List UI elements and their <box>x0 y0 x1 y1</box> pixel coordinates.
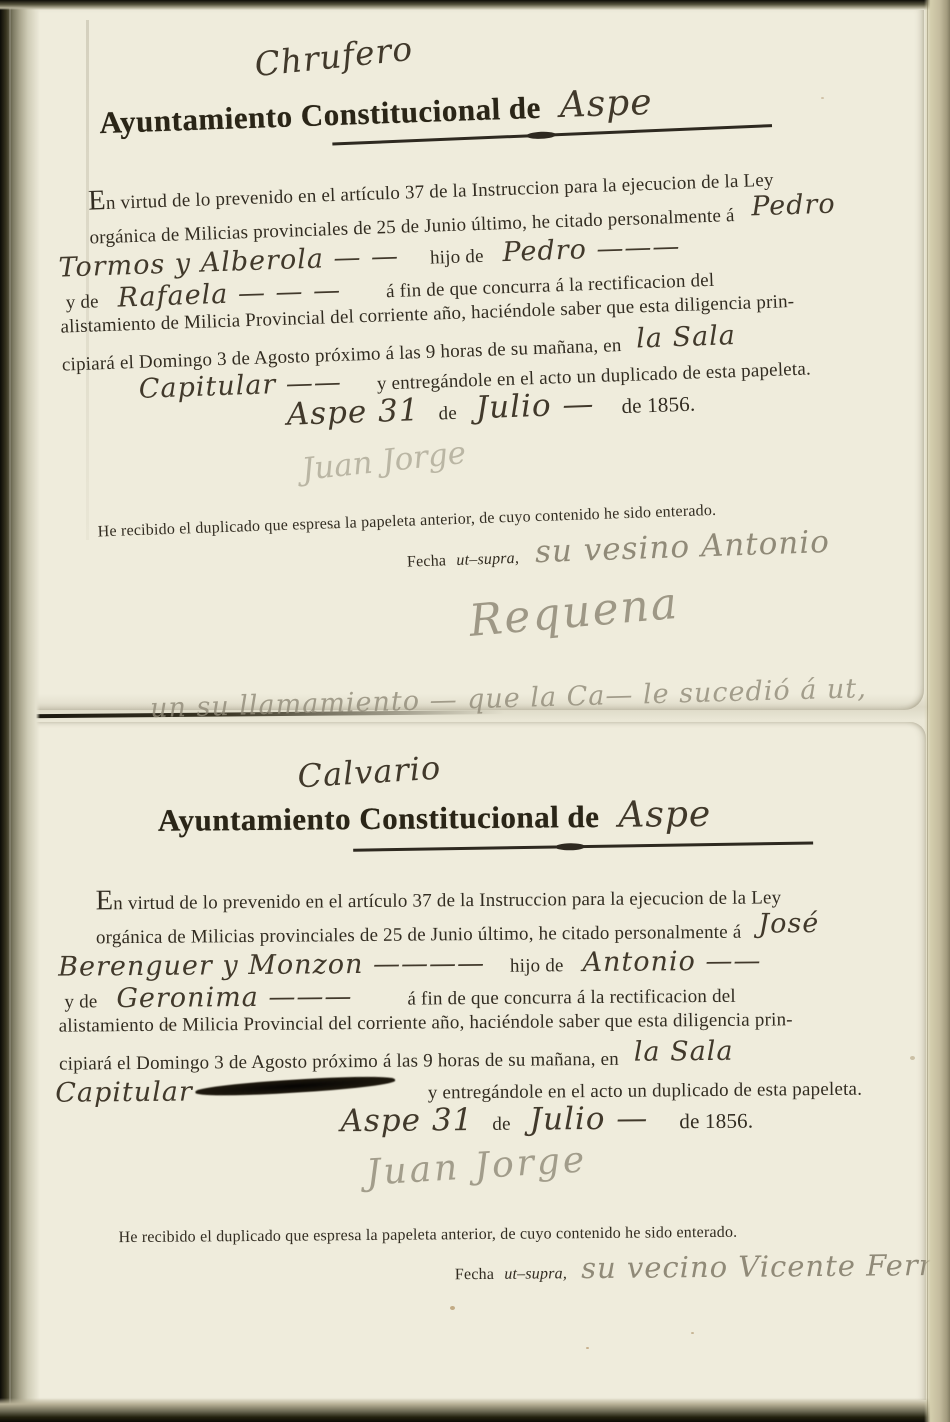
book-binding-edge <box>0 0 40 1422</box>
father-name-handwritten: Antonio —— <box>582 946 761 979</box>
y-de-label: y de <box>64 991 97 1012</box>
official-signature: Juan Jorge <box>365 1139 588 1193</box>
receipt-line-1: He recibido el duplicado que espresa la … <box>118 1224 737 1247</box>
masthead-title: Ayuntamiento Constitucional de <box>99 90 542 140</box>
y-de-label: y de <box>65 291 99 313</box>
ut-supra-label: ut–supra, <box>456 550 519 569</box>
date-place-day-handwritten: Aspe 31 <box>340 1102 473 1139</box>
hijo-de-label: hijo de <box>430 246 484 269</box>
date-year-label: de 1856. <box>621 392 696 419</box>
date-month-handwritten: Julio — <box>529 1101 648 1138</box>
binding-highlight <box>9 0 11 1422</box>
date-de-label: de <box>492 1114 511 1135</box>
meeting-place-handwritten: la Sala <box>636 320 737 354</box>
receipt-neighbor-handwritten: su vesino Antonio <box>534 524 830 570</box>
fecha-label: Fecha <box>407 552 447 570</box>
masthead-place-handwritten: Aspe <box>559 82 653 126</box>
date-place-day-handwritten: Aspe 31 <box>286 392 420 433</box>
rule-knot <box>526 131 556 139</box>
district-annotation: Calvario <box>296 749 442 796</box>
citation-form-top: Chrufero Ayuntamiento Constitucional de … <box>49 16 912 705</box>
official-signature: Juan Jorge <box>300 435 468 488</box>
receipt-surname-handwritten: Requena <box>467 578 681 647</box>
district-annotation: Chrufero <box>253 29 415 84</box>
meeting-place-2-handwritten: Capitular <box>55 1077 193 1109</box>
meeting-place-handwritten: la Sala <box>634 1036 734 1068</box>
father-name-handwritten: Pedro ——— <box>502 231 681 268</box>
surname-handwritten: Berenguer y Monzon ———— <box>58 948 485 983</box>
masthead-place-handwritten: Aspe <box>618 794 711 836</box>
ut-supra-label: ut–supra, <box>504 1265 567 1283</box>
body-line-1: En virtud de lo prevenido en el artículo… <box>95 879 781 917</box>
given-name-handwritten: Pedro <box>751 189 836 223</box>
citation-form-bottom: Calvario Ayuntamiento Constitucional de … <box>52 734 908 1381</box>
mother-name-handwritten: Geronima ——— <box>116 981 352 1014</box>
date-month-handwritten: Julio — <box>475 386 595 426</box>
hijo-de-label: hijo de <box>510 955 564 976</box>
date-year-label: de 1856. <box>679 1109 753 1134</box>
page-top-edge <box>0 0 950 10</box>
body-line-4: á fin de que concurra á la rectificacion… <box>407 986 736 1010</box>
rule-knot <box>555 843 585 850</box>
page-right-edge-line <box>927 0 928 1422</box>
date-de-label: de <box>438 403 457 425</box>
masthead-rule <box>353 841 813 851</box>
fecha-label: Fecha <box>455 1266 494 1283</box>
given-name-handwritten: José <box>758 908 819 940</box>
masthead-title: Ayuntamiento Constitucional de <box>158 799 600 838</box>
body-line-6: cipiará el Domingo 3 de Agosto próximo á… <box>59 1049 619 1075</box>
receipt-neighbor-handwritten: su vecino Vicente Ferrer <box>581 1248 950 1285</box>
body-line-2: orgánica de Milicias provinciales de 25 … <box>96 922 742 949</box>
page-bottom-edge <box>0 1398 950 1422</box>
